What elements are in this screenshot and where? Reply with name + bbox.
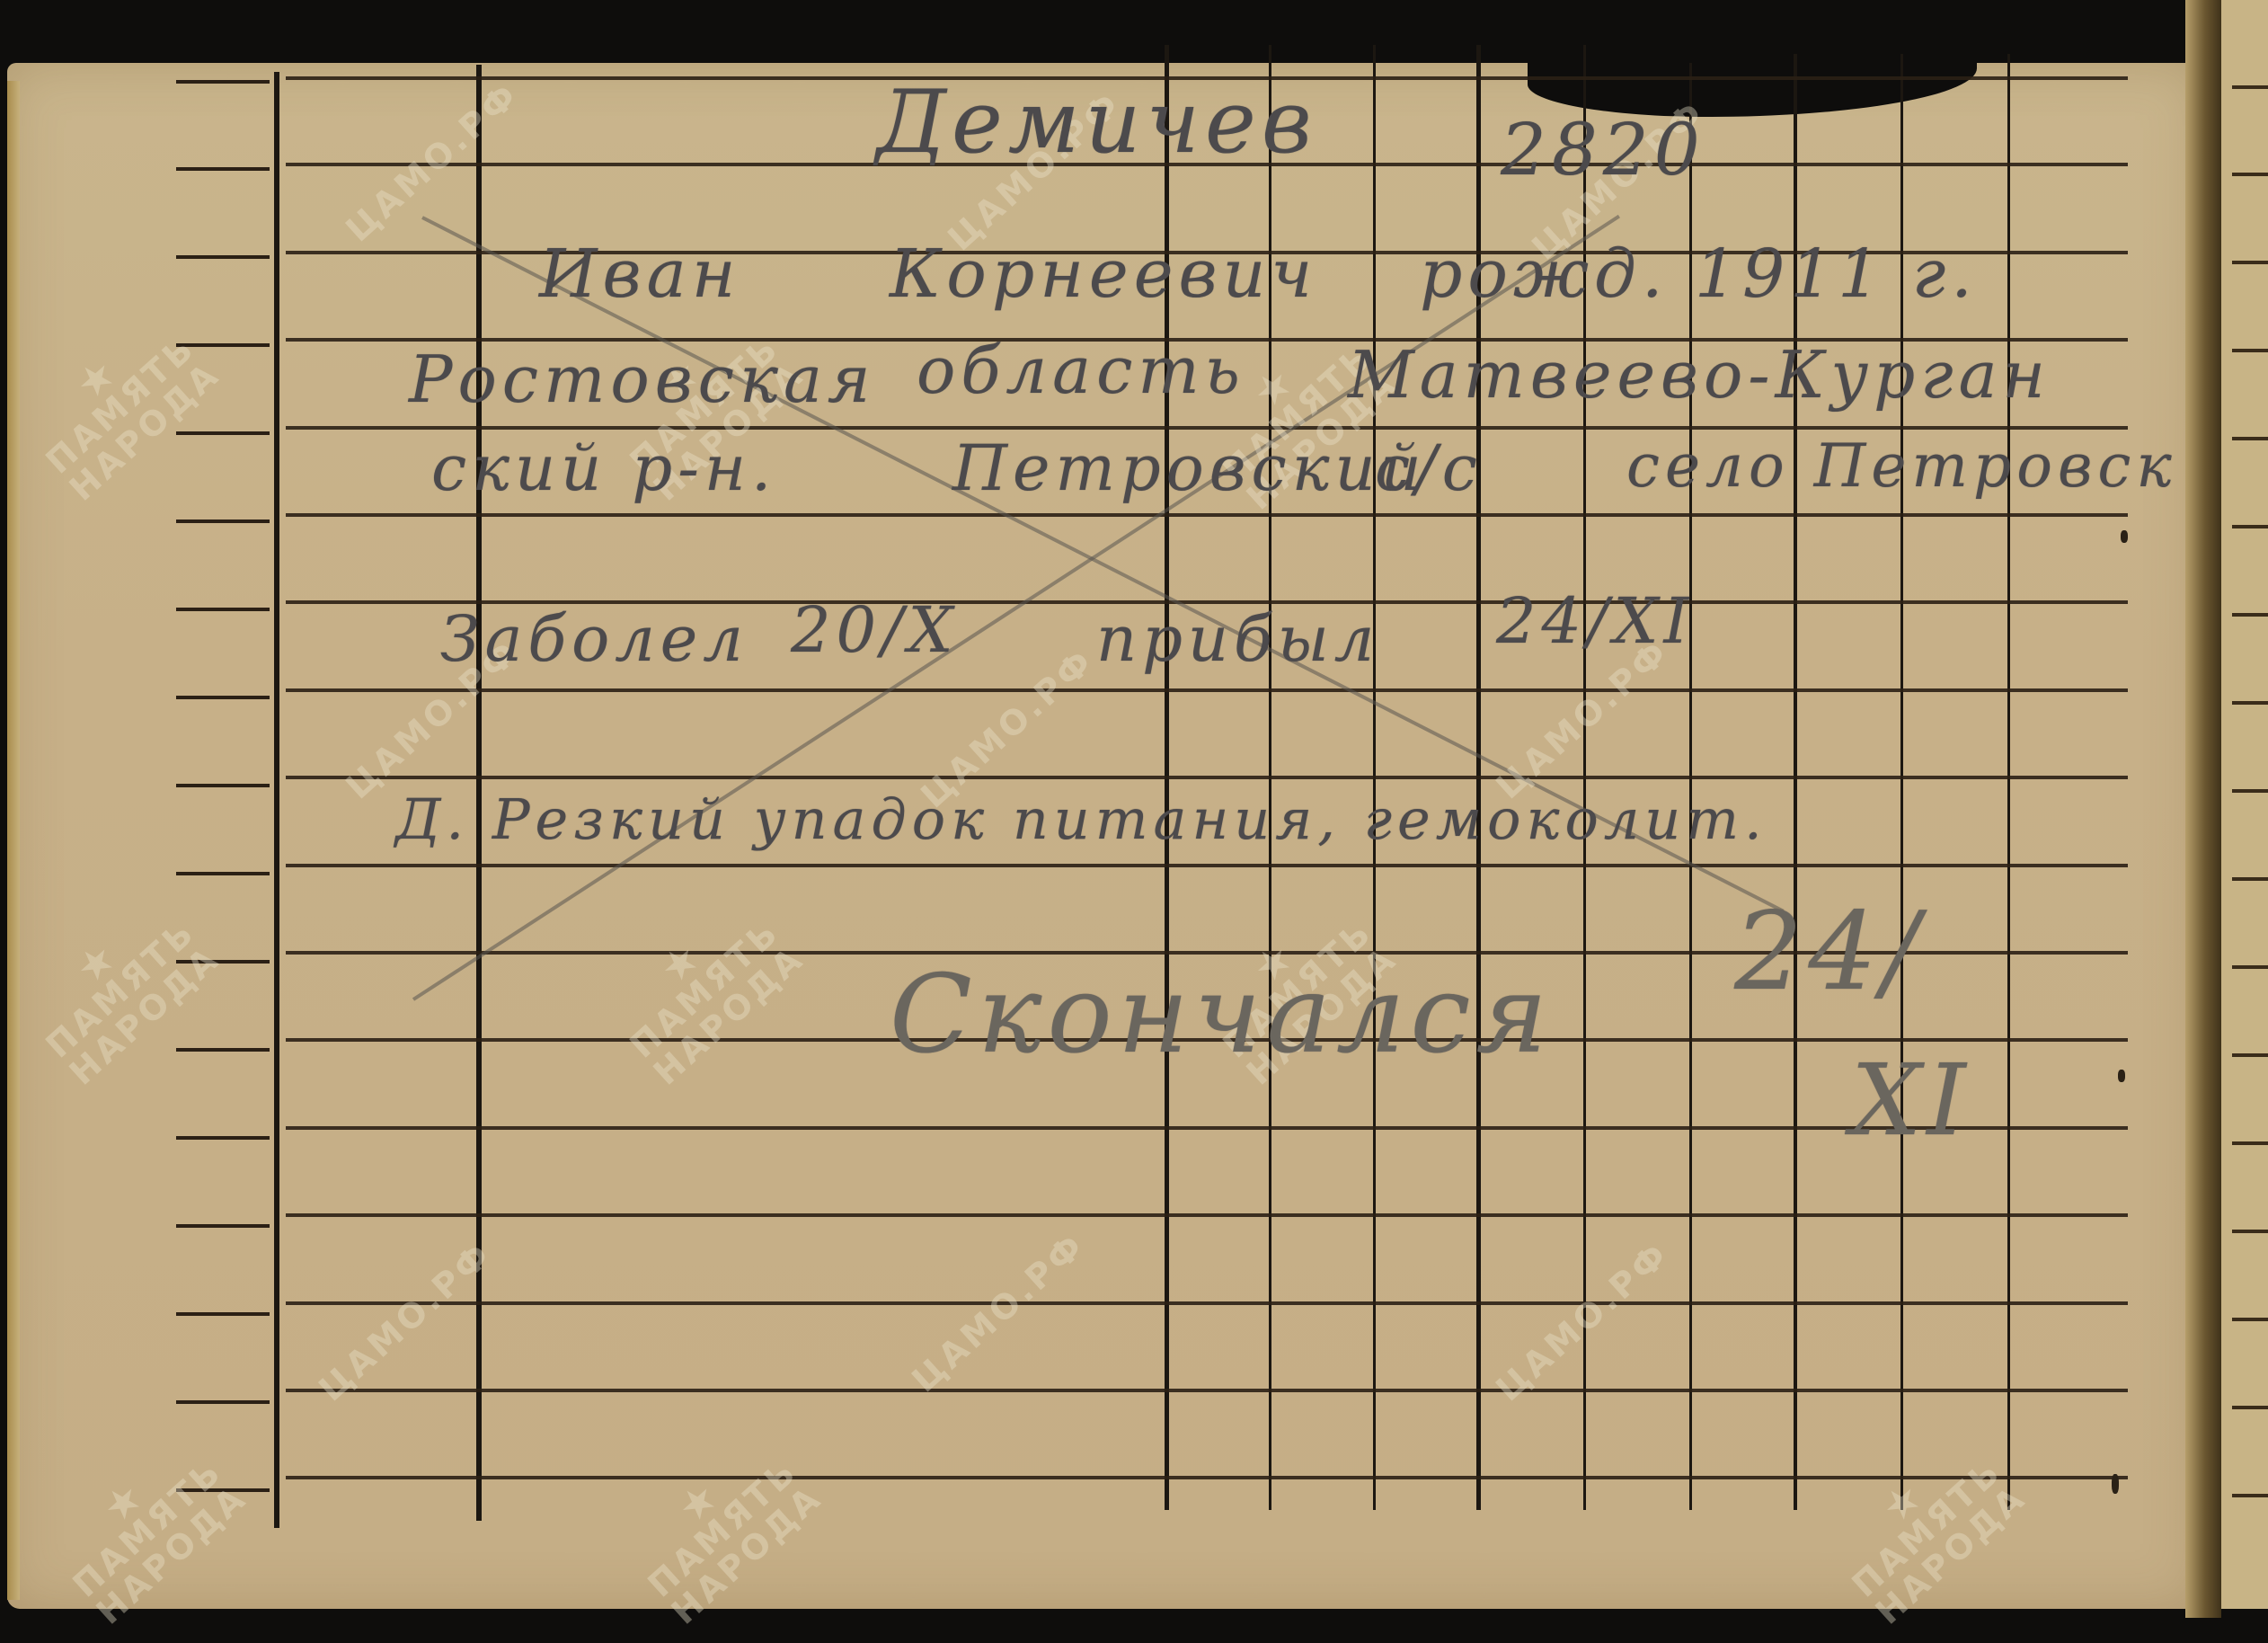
- outcome-date: 24/: [1734, 890, 1924, 1015]
- fell-ill-label: Заболел: [440, 602, 749, 676]
- adjacent-page-rule: [2232, 349, 2268, 352]
- row-rule-stub: [176, 255, 270, 259]
- row-rule: [286, 1389, 2128, 1392]
- adjacent-page-rule: [2232, 173, 2268, 176]
- given-name: Иван: [539, 235, 740, 313]
- book-spine-shadow: [2185, 0, 2221, 1618]
- adjacent-page-rule: [2232, 701, 2268, 705]
- binding-hole: [2118, 1070, 2125, 1082]
- birth-year: рожд. 1911 г.: [1420, 235, 1978, 313]
- arrived-label: прибыл: [1096, 602, 1379, 676]
- village: село Петровск: [1626, 431, 2177, 501]
- adjacent-page-rule: [2232, 1141, 2268, 1145]
- outcome-month: XI: [1851, 1043, 1971, 1158]
- patronymic: Корнеевич: [890, 235, 1317, 313]
- diagnosis: Д. Резкий упадок питания, гемоколит.: [395, 786, 1767, 852]
- row-rule-stub: [176, 1312, 270, 1316]
- row-rule-stub: [176, 1048, 270, 1052]
- row-rule: [286, 776, 2128, 779]
- row-rule: [286, 1301, 2128, 1305]
- row-rule-stub: [176, 872, 270, 875]
- row-rule: [286, 1476, 2128, 1479]
- row-rule: [286, 1213, 2128, 1217]
- adjacent-page-rule: [2232, 789, 2268, 793]
- column-line: [274, 72, 279, 1528]
- row-rule-stub: [176, 608, 270, 611]
- village-council: Петровский: [952, 431, 1427, 505]
- row-rule-stub: [176, 167, 270, 171]
- district: Матвеево-Курган: [1348, 337, 2051, 413]
- region-word: область: [917, 333, 1245, 408]
- row-rule-stub: [176, 784, 270, 787]
- adjacent-page-rule: [2232, 1230, 2268, 1233]
- adjacent-page-rule: [2232, 1318, 2268, 1321]
- adjacent-page-rule: [2232, 877, 2268, 881]
- row-rule-stub: [176, 696, 270, 699]
- surname: Демичев: [876, 72, 1317, 173]
- adjacent-page-rule: [2232, 1494, 2268, 1497]
- adjacent-page-rule: [2232, 85, 2268, 89]
- row-rule-stub: [176, 1400, 270, 1404]
- adjacent-page-rule: [2232, 965, 2268, 969]
- adjacent-page-rule: [2232, 1053, 2268, 1057]
- row-rule-stub: [176, 520, 270, 523]
- column-line: [2007, 54, 2010, 1510]
- arrived-date: 24/XI: [1496, 584, 1694, 658]
- page-left-edge: [7, 81, 20, 1600]
- adjacent-page-rule: [2232, 525, 2268, 528]
- row-rule: [286, 513, 2128, 517]
- row-rule: [286, 688, 2128, 692]
- binding-hole: [2112, 1474, 2119, 1494]
- row-rule-stub: [176, 431, 270, 435]
- binding-hole: [2121, 530, 2128, 543]
- row-rule-stub: [176, 1136, 270, 1140]
- village-council-abbr: с/с: [1375, 431, 1483, 505]
- record-number: 2820: [1501, 108, 1705, 191]
- row-rule: [286, 864, 2128, 867]
- adjacent-page-edge: [2221, 0, 2268, 1609]
- district-suffix: ский р-н.: [431, 431, 776, 505]
- adjacent-page-rule: [2232, 261, 2268, 264]
- outcome-died: Скончался: [890, 953, 1553, 1078]
- row-rule-stub: [176, 1224, 270, 1228]
- region: Ростовская: [409, 342, 876, 417]
- adjacent-page-rule: [2232, 1406, 2268, 1409]
- row-rule-stub: [176, 80, 270, 84]
- fell-ill-date: 20/X: [791, 593, 959, 667]
- adjacent-page-rule: [2232, 437, 2268, 440]
- adjacent-page-rule: [2232, 613, 2268, 617]
